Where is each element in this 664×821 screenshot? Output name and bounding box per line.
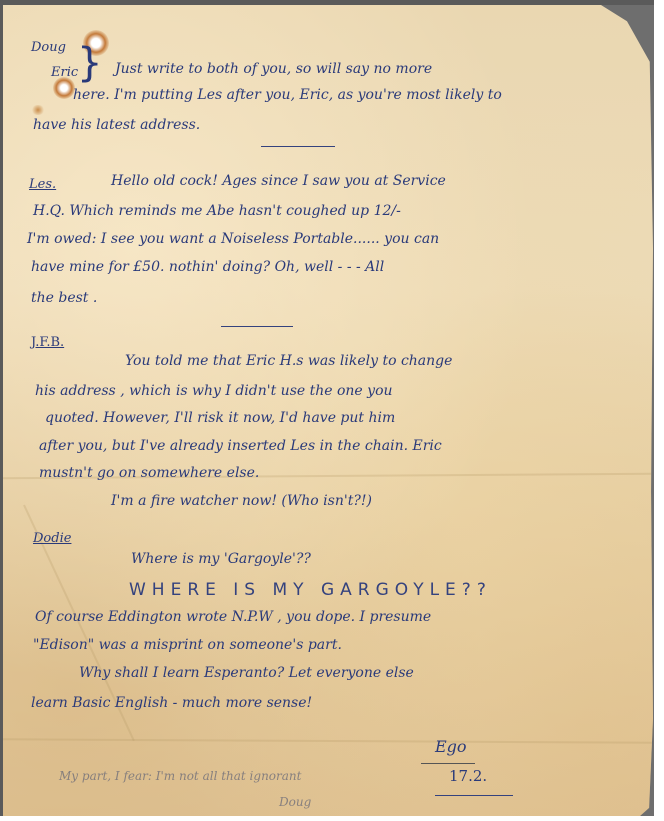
- letter-line: after you, but I've already inserted Les…: [39, 438, 442, 454]
- letter-line: You told me that Eric H.s was likely to …: [125, 353, 452, 369]
- addressee-eric: Eric: [51, 65, 78, 80]
- scan-border-right: [654, 0, 664, 821]
- section-label-dodie: Dodie: [33, 531, 71, 546]
- section-divider: [261, 146, 335, 147]
- section-divider: [221, 326, 293, 327]
- scan-border-bottom: [0, 816, 664, 821]
- letter-line: Hello old cock! Ages since I saw you at …: [111, 173, 446, 189]
- letter-line: Of course Eddington wrote N.P.W , you do…: [35, 609, 431, 625]
- pencil-note: My part, I fear: I'm not all that ignora…: [59, 769, 301, 783]
- letter-line: Where is my 'Gargoyle'??: [131, 551, 311, 567]
- letter-date: 17.2.: [449, 767, 487, 785]
- letter-line: I'm a fire watcher now! (Who isn't?!): [111, 493, 372, 509]
- signature-underline: [421, 763, 475, 764]
- letter-line: have his latest address.: [33, 117, 200, 133]
- letter-line: Just write to both of you, so will say n…: [115, 61, 432, 77]
- paper-crease: [3, 738, 653, 743]
- brace-symbol: }: [77, 43, 102, 83]
- letter-line: have mine for £50. nothin' doing? Oh, we…: [31, 259, 384, 275]
- section-label-les: Les.: [29, 177, 56, 192]
- section-label-jfb: J.F.B.: [31, 335, 64, 350]
- scan-border-top: [0, 0, 664, 5]
- scan-border-left: [0, 0, 3, 821]
- letter-line: the best .: [31, 290, 97, 306]
- rust-stain: [53, 77, 75, 99]
- letter-line: mustn't go on somewhere else.: [39, 465, 259, 481]
- rust-stain: [31, 105, 45, 115]
- letter-line-caps: WHERE IS MY GARGOYLE??: [129, 580, 492, 600]
- letter-line: here. I'm putting Les after you, Eric, a…: [73, 87, 502, 103]
- letter-paper: Doug Eric } Just write to both of you, s…: [3, 5, 653, 816]
- signature: Ego: [435, 737, 467, 756]
- letter-line: Why shall I learn Esperanto? Let everyon…: [79, 665, 414, 681]
- pencil-note-signature: Doug: [279, 795, 311, 809]
- letter-line: his address , which is why I didn't use …: [35, 383, 393, 399]
- letter-line: learn Basic English - much more sense!: [31, 695, 312, 711]
- letter-line: H.Q. Which reminds me Abe hasn't coughed…: [33, 203, 401, 219]
- letter-line: quoted. However, I'll risk it now, I'd h…: [45, 410, 395, 426]
- addressee-doug: Doug: [31, 40, 66, 55]
- letter-line: "Edison" was a misprint on someone's par…: [33, 637, 342, 653]
- letter-line: I'm owed: I see you want a Noiseless Por…: [27, 231, 439, 247]
- date-underline: [435, 795, 513, 796]
